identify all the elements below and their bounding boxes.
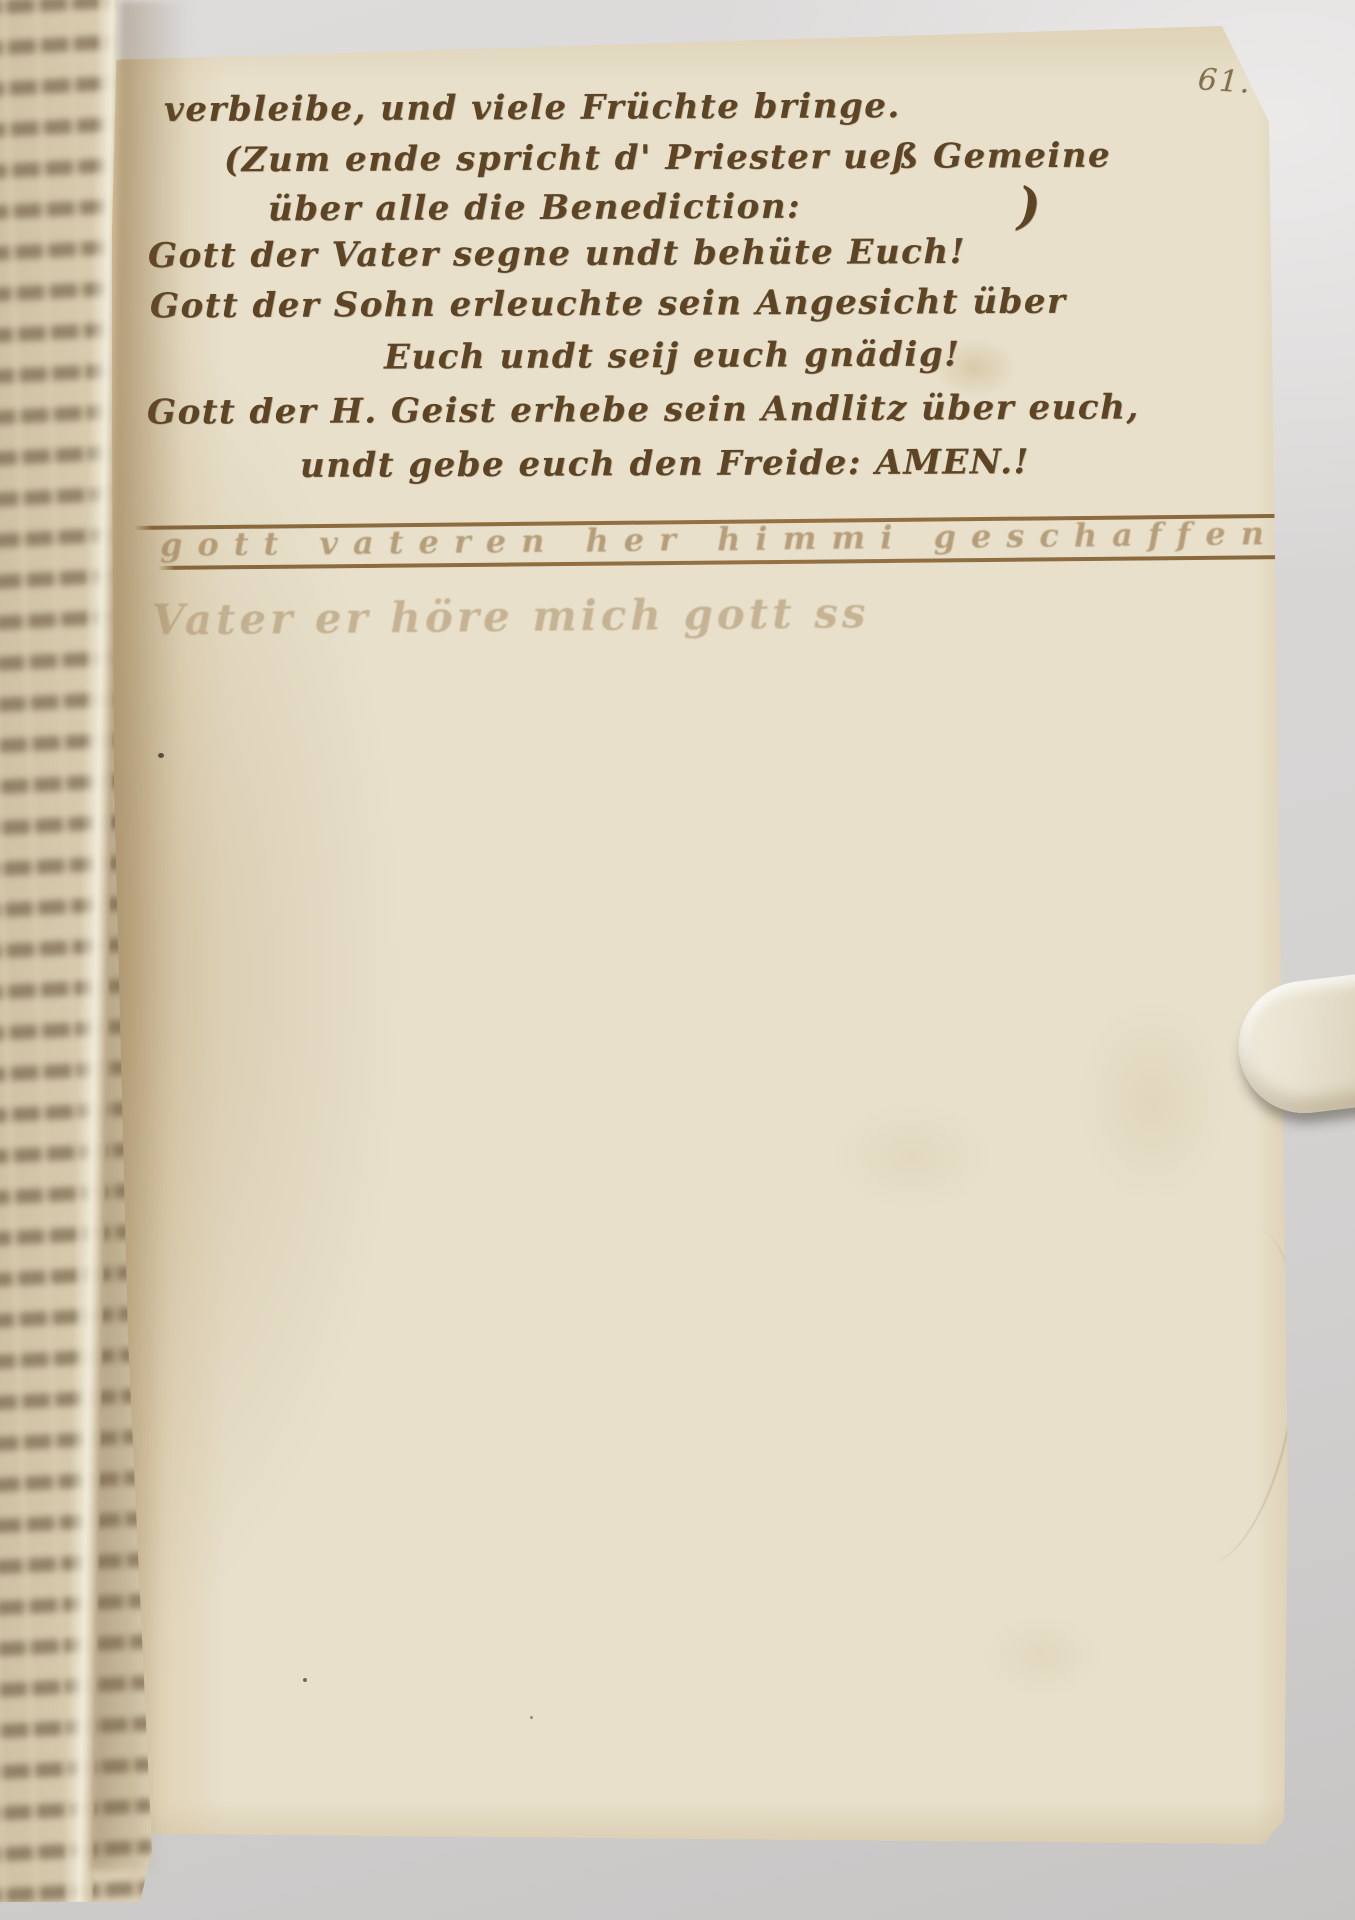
faded-annotation-below-rules: Vater er höre mich gott ss [152, 588, 870, 645]
text-line-3: über alle die Benediction: [268, 187, 801, 231]
text-line-7: Gott der H. Geist erhebe sein Andlitz üb… [147, 387, 1140, 433]
text-line-8: undt gebe euch den Freide: AMEN.! [300, 442, 1030, 487]
crease-line [1136, 1218, 1320, 1574]
text-line-6: Euch undt seij euch gnädig! [384, 334, 961, 378]
ink-speck [303, 1678, 307, 1682]
text-line-4: Gott der Vater segne undt behüte Euch! [148, 232, 966, 277]
ink-speck [158, 753, 164, 758]
closing-paren: ) [1017, 176, 1041, 236]
text-line-1: verbleibe, und viele Früchte bringe. [164, 86, 901, 131]
page-number: 61. [1197, 62, 1253, 101]
manuscript-photo: 61. verbleibe, und viele Früchte bringe.… [0, 0, 1355, 1920]
manuscript-page: 61. verbleibe, und viele Früchte bringe.… [112, 26, 1297, 1848]
ink-speck [530, 1716, 533, 1719]
text-line-5: Gott der Sohn erleuchte sein Angesicht ü… [150, 282, 1067, 328]
text-line-2: (Zum ende spricht d' Priester ueß Gemein… [224, 136, 1111, 181]
